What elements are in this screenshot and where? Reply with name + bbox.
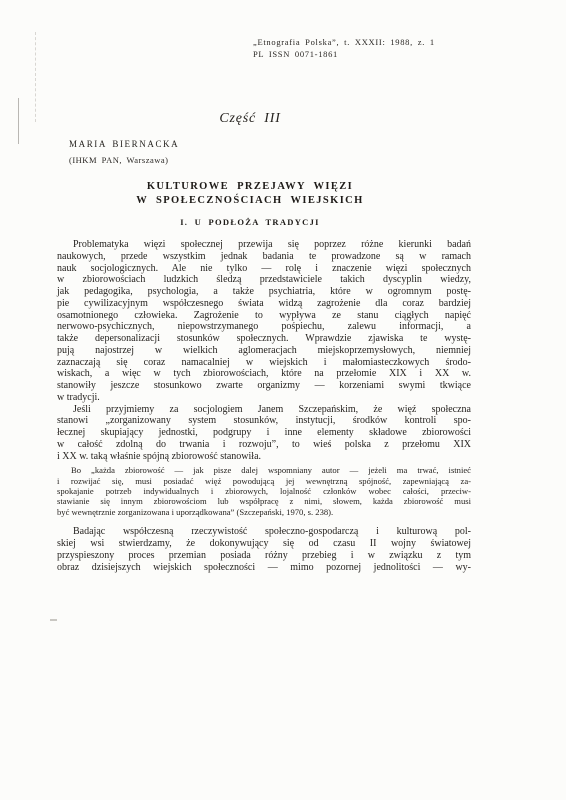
article-title-line1: KULTUROWE PRZEJAWY WIĘZI	[147, 181, 353, 192]
text-line: pują najostrzej w wielkich aglomeracjach…	[57, 345, 471, 357]
text-line: Bo „każda zbiorowość — jak pisze dalej w…	[57, 465, 471, 475]
part-heading: Część III	[0, 111, 500, 127]
text-line: pie cywilizacyjnym współczesnego świata …	[57, 298, 471, 310]
block-quote: Bo „każda zbiorowość — jak pisze dalej w…	[57, 465, 471, 517]
text-line: w zbiorowościach ludzkich śledzą przedst…	[57, 274, 471, 286]
text-line: w tradycji.	[57, 392, 471, 404]
text-line: nauk socjologicznych. Ale nie tylko — ro…	[57, 263, 471, 275]
text-line: w całość zdolną do trwania i rozwoju”, t…	[57, 439, 471, 451]
text-line: wiskach, a więc w tych zbiorowościach, k…	[57, 368, 471, 380]
text-line: Badając współczesną rzeczywistość społec…	[57, 526, 471, 538]
text-line: stanowi „zorganizowany system stosunków,…	[57, 415, 471, 427]
text-line: osamotnionego człowieka. Zagrożenie to w…	[57, 310, 471, 322]
article-title-line2: W SPOŁECZNOŚCIACH WIEJSKICH	[136, 195, 363, 206]
journal-masthead: „Etnografia Polska”, t. XXXII: 1988, z. …	[253, 37, 435, 60]
text-line: nerwowo-psychicznych, niepowstrzymanego …	[57, 321, 471, 333]
scan-artifact	[35, 32, 37, 122]
author-affiliation: (IHKM PAN, Warszawa)	[69, 155, 168, 165]
scanned-page: „Etnografia Polska”, t. XXXII: 1988, z. …	[0, 0, 566, 800]
article-body: Problematyka więzi społecznej przewija s…	[57, 239, 471, 573]
journal-citation: „Etnografia Polska”, t. XXXII: 1988, z. …	[253, 37, 435, 49]
text-line: i rozwijać się, musi posiadać więź powod…	[57, 476, 471, 486]
section-heading: I. U PODŁOŻA TRADYCJI	[0, 217, 500, 227]
text-line: łecznej skupiający jednostki, podgrupy i…	[57, 427, 471, 439]
text-line: zaznaczają się coraz namacalniej w wiejs…	[57, 357, 471, 369]
text-line: także depersonalizacji stosunków społecz…	[57, 333, 471, 345]
text-line: skiej wsi stwierdzamy, że dokonywujący s…	[57, 538, 471, 550]
text-line: przyspieszony proces przemian posiada ró…	[57, 550, 471, 562]
text-line: Problematyka więzi społecznej przewija s…	[57, 239, 471, 251]
paragraph-3: Badając współczesną rzeczywistość społec…	[57, 526, 471, 573]
scan-artifact	[50, 619, 57, 621]
author-name: MARIA BIERNACKA	[69, 139, 179, 149]
text-line: jak pedagogika, psychologia, a także psy…	[57, 286, 471, 298]
paragraph-2: Jeśli przyjmiemy za socjologiem Janem Sz…	[57, 404, 471, 463]
text-line: spokajanie potrzeb indywidualnych i zbio…	[57, 486, 471, 496]
paragraph-1: Problematyka więzi społecznej przewija s…	[57, 239, 471, 404]
journal-issn: PL ISSN 0071-1861	[253, 49, 435, 61]
text-line: stanowiły jeszcze stosunkowo zwarte orga…	[57, 380, 471, 392]
article-title: KULTUROWE PRZEJAWY WIĘZI W SPOŁECZNOŚCIA…	[0, 180, 500, 207]
text-line: i XX w. taką właśnie spójną zbiorowość s…	[57, 451, 471, 463]
text-line: stawianie się innym zbiorowościom lub ws…	[57, 496, 471, 506]
text-line: być wewnętrznie zorganizowana i uporządk…	[57, 507, 471, 517]
text-line: obraz dzisiejszych wiejskich społecznośc…	[57, 562, 471, 574]
text-line: naukowych, przede wszystkim jednak badan…	[57, 251, 471, 263]
text-line: Jeśli przyjmiemy za socjologiem Janem Sz…	[57, 404, 471, 416]
